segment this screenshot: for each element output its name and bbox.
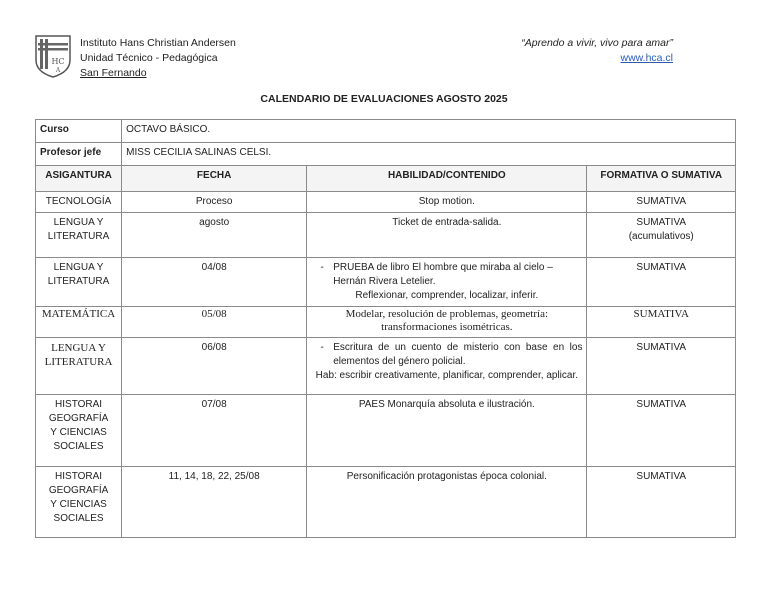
table-row: MATEMÁTICA 05/08 Modelar, resolución de … — [36, 307, 736, 338]
bullet-text: Escritura de un cuento de misterio con b… — [333, 341, 582, 369]
contenido-extra: Hab: escribir creativamente, planificar,… — [311, 369, 582, 383]
school-crest-icon: HC A — [34, 34, 72, 78]
tipo-cell: SUMATIVA (acumulativos) — [587, 213, 736, 258]
tipo-cell: SUMATIVA — [587, 338, 736, 395]
contenido-cell: Stop motion. — [307, 192, 587, 213]
asignatura-cell: LENGUA Y LITERATURA — [36, 258, 122, 307]
unit-name: Unidad Técnico - Pedagógica — [80, 51, 236, 66]
contenido-cell: Modelar, resolución de problemas, geomet… — [307, 307, 587, 338]
motto-block: “Aprendo a vivir, vivo para amar” www.hc… — [521, 36, 673, 66]
page-title: CALENDARIO DE EVALUACIONES AGOSTO 2025 — [0, 93, 768, 105]
table-row: LENGUA Y LITERATURA agosto Ticket de ent… — [36, 213, 736, 258]
asignatura-cell: TECNOLOGÍA — [36, 192, 122, 213]
contenido-cell: Personificación protagonistas época colo… — [307, 467, 587, 538]
table-row: HISTORAI GEOGRAFÍA Y CIENCIAS SOCIALES 1… — [36, 467, 736, 538]
asignatura-cell: HISTORAI GEOGRAFÍA Y CIENCIAS SOCIALES — [36, 467, 122, 538]
motto: “Aprendo a vivir, vivo para amar” — [521, 36, 673, 51]
profesor-label: Profesor jefe — [36, 143, 122, 166]
tipo-cell: SUMATIVA — [587, 192, 736, 213]
profesor-value: MISS CECILIA SALINAS CELSI. — [122, 143, 736, 166]
evaluation-table: Curso OCTAVO BÁSICO. Profesor jefe MISS … — [35, 119, 736, 538]
info-row-profesor: Profesor jefe MISS CECILIA SALINAS CELSI… — [36, 143, 736, 166]
asignatura-cell: HISTORAI GEOGRAFÍA Y CIENCIAS SOCIALES — [36, 395, 122, 467]
contenido-cell: Ticket de entrada-salida. — [307, 213, 587, 258]
bullet-text: PRUEBA de libro El hombre que miraba al … — [333, 261, 582, 289]
tipo-cell: SUMATIVA — [587, 467, 736, 538]
asignatura-cell: LENGUA Y LITERATURA — [36, 213, 122, 258]
website-link[interactable]: www.hca.cl — [521, 51, 673, 66]
info-row-curso: Curso OCTAVO BÁSICO. — [36, 120, 736, 143]
column-header: HABILIDAD/CONTENIDO — [307, 166, 587, 192]
curso-label: Curso — [36, 120, 122, 143]
svg-text:A: A — [55, 67, 61, 74]
column-header: FECHA — [122, 166, 307, 192]
fecha-cell: Proceso — [122, 192, 307, 213]
contenido-extra: Reflexionar, comprender, localizar, infe… — [311, 289, 582, 303]
contenido-cell: - PRUEBA de libro El hombre que miraba a… — [307, 258, 587, 307]
contenido-bullet: - PRUEBA de libro El hombre que miraba a… — [311, 261, 582, 289]
table-row: LENGUA Y LITERATURA 04/08 - PRUEBA de li… — [36, 258, 736, 307]
fecha-cell: 11, 14, 18, 22, 25/08 — [122, 467, 307, 538]
svg-text:HC: HC — [51, 57, 64, 66]
column-header: FORMATIVA O SUMATIVA — [587, 166, 736, 192]
table-row: TECNOLOGÍA Proceso Stop motion. SUMATIVA — [36, 192, 736, 213]
tipo-cell: SUMATIVA — [587, 307, 736, 338]
column-header: ASIGANTURA — [36, 166, 122, 192]
bullet-dash: - — [311, 261, 333, 289]
tipo-cell: SUMATIVA — [587, 258, 736, 307]
contenido-bullet: - Escritura de un cuento de misterio con… — [311, 341, 582, 369]
bullet-dash: - — [311, 341, 333, 369]
asignatura-cell: LENGUA Y LITERATURA — [36, 338, 122, 395]
fecha-cell: 06/08 — [122, 338, 307, 395]
institution-header: Instituto Hans Christian Andersen Unidad… — [80, 36, 236, 81]
fecha-cell: 04/08 — [122, 258, 307, 307]
fecha-cell: 07/08 — [122, 395, 307, 467]
contenido-cell: PAES Monarquía absoluta e ilustración. — [307, 395, 587, 467]
fecha-cell: 05/08 — [122, 307, 307, 338]
table-row: HISTORAI GEOGRAFÍA Y CIENCIAS SOCIALES 0… — [36, 395, 736, 467]
institution-name: Instituto Hans Christian Andersen — [80, 36, 236, 51]
table-header: ASIGANTURA FECHA HABILIDAD/CONTENIDO FOR… — [36, 166, 736, 192]
contenido-cell: - Escritura de un cuento de misterio con… — [307, 338, 587, 395]
fecha-cell: agosto — [122, 213, 307, 258]
curso-value: OCTAVO BÁSICO. — [122, 120, 736, 143]
asignatura-cell: MATEMÁTICA — [36, 307, 122, 338]
tipo-cell: SUMATIVA — [587, 395, 736, 467]
table-row: LENGUA Y LITERATURA 06/08 - Escritura de… — [36, 338, 736, 395]
city-name: San Fernando — [80, 66, 236, 81]
